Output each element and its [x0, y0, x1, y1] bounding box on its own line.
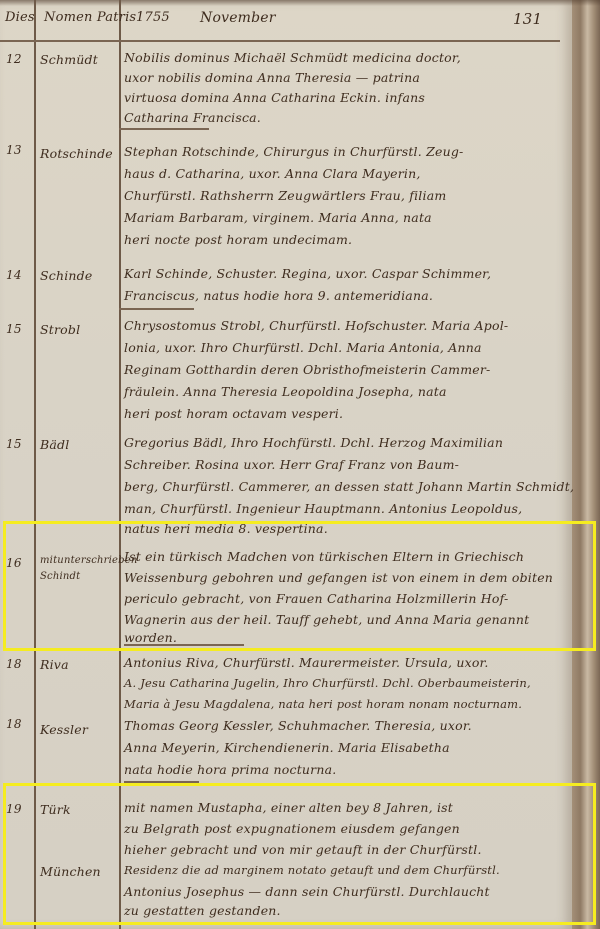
- entry-line: Reginam Gotthardin deren Obristhofmeiste…: [124, 362, 490, 377]
- entry-father-name: Riva: [40, 657, 69, 672]
- entry-line: Nobilis dominus Michaël Schmüdt medicina…: [124, 50, 461, 65]
- entry-line: virtuosa domina Anna Catharina Eckin. in…: [124, 90, 425, 105]
- entry-father-name: Strobl: [40, 322, 80, 337]
- entry-line: worden.: [124, 630, 177, 645]
- entry-line: Antonius Riva, Churfürstl. Maurermeister…: [124, 655, 489, 670]
- entry-day: 18: [6, 657, 22, 671]
- entry-line: heri nocte post horam undecimam.: [124, 232, 352, 247]
- entry-day: 14: [6, 268, 22, 282]
- entry-line: haus d. Catharina, uxor. Anna Clara Maye…: [124, 166, 421, 181]
- entry-day: 15: [6, 322, 22, 336]
- entry-line: Stephan Rotschinde, Chirurgus in Churfür…: [124, 144, 463, 159]
- entry-day: 19: [6, 802, 22, 816]
- entry-line: Anna Meyerin, Kirchendienerin. Maria Eli…: [124, 740, 450, 755]
- column-rule-father: [119, 0, 121, 929]
- entry-line: Wagnerin aus der heil. Tauff gehebt, und…: [124, 612, 529, 627]
- book-page-edge: [572, 0, 600, 929]
- page-number: 131: [513, 10, 542, 28]
- entry-line: Schreiber. Rosina uxor. Herr Graf Franz …: [124, 457, 459, 472]
- entry-line: heri post horam octavam vesperi.: [124, 406, 343, 421]
- entry-line: Franciscus, natus hodie hora 9. antemeri…: [124, 288, 433, 303]
- entry-line: Antonius Josephus — dann sein Churfürstl…: [124, 884, 490, 899]
- entry-father-name: mitunterschrieben Schindt: [40, 553, 116, 585]
- entry-father-name: Bädl: [40, 437, 69, 452]
- header-month: November: [200, 10, 276, 26]
- entry-separator: [124, 644, 244, 646]
- header-rule: [0, 40, 560, 42]
- header-dies: Dies: [5, 10, 35, 25]
- entry-line: nata hodie hora prima nocturna.: [124, 762, 336, 777]
- entry-father-name: Schmüdt: [40, 52, 98, 67]
- entry-father-name: Schinde: [40, 268, 92, 283]
- entry-line: zu Belgrath post expugnationem eiusdem g…: [124, 821, 460, 836]
- entry-line: uxor nobilis domina Anna Theresia — patr…: [124, 70, 420, 85]
- entry-separator: [119, 128, 209, 130]
- entry-line: periculo gebracht, von Frauen Catharina …: [124, 591, 508, 606]
- column-rule-day: [34, 0, 36, 929]
- header-nomen-patris: Nomen Patris: [44, 10, 136, 25]
- entry-line: Thomas Georg Kessler, Schuhmacher. There…: [124, 718, 472, 733]
- entry-father-name: Rotschinde: [40, 146, 113, 161]
- entry-day: 15: [6, 437, 22, 451]
- entry-line: Gregorius Bädl, Ihro Hochfürstl. Dchl. H…: [124, 435, 503, 450]
- entry-line: Maria à Jesu Magdalena, nata heri post h…: [124, 697, 522, 711]
- entry-day: 18: [6, 717, 22, 731]
- entry-line: fräulein. Anna Theresia Leopoldina Josep…: [124, 384, 447, 399]
- entry-day: 16: [6, 556, 22, 570]
- header-year: 1755: [136, 10, 170, 25]
- entry-line: berg, Churfürstl. Cammerer, an dessen st…: [124, 479, 574, 494]
- entry-line: Weissenburg gebohren und gefangen ist vo…: [124, 570, 553, 585]
- top-shadow: [0, 0, 600, 6]
- entry-line: Catharina Francisca.: [124, 110, 261, 125]
- entry-line: Churfürstl. Rathsherrn Zeugwärtlers Frau…: [124, 188, 446, 203]
- entry-line: Karl Schinde, Schuster. Regina, uxor. Ca…: [124, 266, 491, 281]
- entry-separator: [119, 308, 194, 310]
- entry-line: mit namen Mustapha, einer alten bey 8 Ja…: [124, 800, 453, 815]
- entry-line: man, Churfürstl. Ingenieur Hauptmann. An…: [124, 501, 522, 516]
- entry-line: Ist ein türkisch Madchen von türkischen …: [124, 549, 524, 564]
- entry-father-name: Türk: [40, 802, 71, 817]
- entry-father-name: Kessler: [40, 722, 88, 737]
- entry-line: Mariam Barbaram, virginem. Maria Anna, n…: [124, 210, 432, 225]
- entry-line: natus heri media 8. vespertina.: [124, 521, 328, 536]
- entry-line: Chrysostomus Strobl, Churfürstl. Hofschu…: [124, 318, 508, 333]
- entry-place-name: München: [40, 864, 101, 879]
- entry-line: hieher gebracht und von mir getauft in d…: [124, 842, 482, 857]
- entry-line: A. Jesu Catharina Jugelin, Ihro Churfürs…: [124, 676, 531, 690]
- entry-line: Residenz die ad marginem notato getauft …: [124, 863, 500, 877]
- entry-day: 13: [6, 143, 22, 157]
- entry-line: lonia, uxor. Ihro Churfürstl. Dchl. Mari…: [124, 340, 482, 355]
- entry-day: 12: [6, 52, 22, 66]
- entry-line: zu gestatten gestanden.: [124, 903, 281, 918]
- entry-separator: [124, 781, 199, 783]
